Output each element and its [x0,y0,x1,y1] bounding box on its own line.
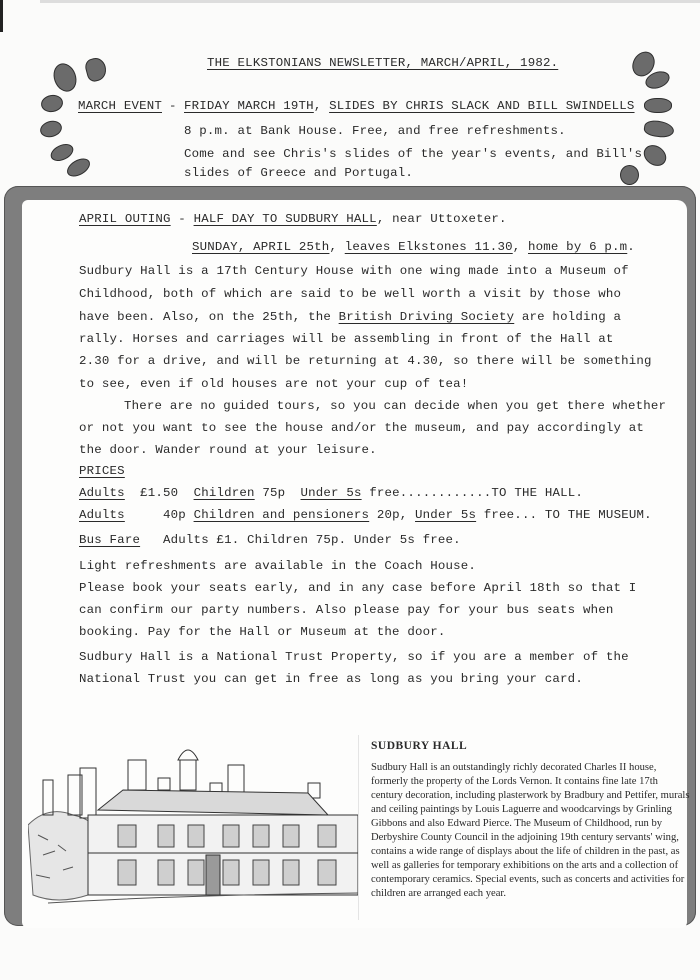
prices-heading: PRICES [79,464,125,478]
info-body: Sudbury Hall is an outstandingly richly … [371,761,691,901]
april-outing-title: HALF DAY TO SUDBURY HALL [194,212,377,226]
outing-departure: leaves Elkstones 11.30 [345,240,513,254]
paragraph-line: Light refreshments are available in the … [79,559,476,573]
scan-edge-mark [0,0,3,32]
march-event-label: MARCH EVENT [78,99,162,113]
paragraph-line: 2.30 for a drive, and will be returning … [79,354,652,368]
march-event-time: 8 p.m. at Bank House. Free, and free ref… [184,124,566,138]
blob-decoration [50,60,81,95]
blob-decoration [48,141,76,165]
march-event-title: SLIDES BY CHRIS SLACK AND BILL SWINDELLS [329,99,634,113]
info-title: SUDBURY HALL [371,740,691,752]
column-divider [358,735,359,920]
march-event-description-2: slides of Greece and Portugal. [184,166,413,180]
march-event-dash: - [169,99,177,113]
blob-decoration [64,155,93,180]
april-outing-schedule: SUNDAY, APRIL 25th, leaves Elkstones 11.… [192,240,635,254]
sudbury-hall-illustration [28,735,358,910]
outing-date: SUNDAY, APRIL 25th [192,240,329,254]
paragraph-line: Sudbury Hall is a National Trust Propert… [79,650,629,664]
paragraph-line: the door. Wander round at your leisure. [79,443,377,457]
sudbury-hall-info: SUDBURY HALL Sudbury Hall is an outstand… [371,740,691,901]
paragraph-line: booking. Pay for the Hall or Museum at t… [79,625,446,639]
blob-decoration [38,118,63,139]
scan-edge-shadow [40,0,700,3]
paragraph-line: Sudbury Hall is a 17th Century House wit… [79,264,629,278]
paragraph-line: National Trust you can get in free as lo… [79,672,583,686]
newsletter-title: THE ELKSTONIANS NEWSLETTER, MARCH/APRIL,… [207,56,558,70]
paragraph-line: to see, even if old houses are not your … [79,377,468,391]
blob-decoration [83,56,108,83]
april-outing-heading: APRIL OUTING - HALF DAY TO SUDBURY HALL,… [79,212,507,226]
british-driving-society: British Driving Society [339,310,515,324]
march-event-headline: FRIDAY MARCH 19TH, SLIDES BY CHRIS SLACK… [184,99,635,113]
paragraph-line: have been. Also, on the 25th, the Britis… [79,310,621,324]
blob-decoration [640,141,671,170]
paragraph-line: or not you want to see the house and/or … [79,421,644,435]
paragraph-line: rally. Horses and carriages will be asse… [79,332,614,346]
march-event-date: FRIDAY MARCH 19TH [184,99,314,113]
blob-decoration [644,98,672,113]
march-event-description: Come and see Chris's slides of the year'… [184,147,642,161]
paragraph-line: There are no guided tours, so you can de… [124,399,666,413]
paragraph-line: can confirm our party numbers. Also plea… [79,603,614,617]
museum-prices: Adults 40p Children and pensioners 20p, … [79,508,652,522]
bus-fare: Bus Fare Adults £1. Children 75p. Under … [79,533,461,547]
april-outing-label: APRIL OUTING [79,212,171,226]
blob-decoration [643,119,675,139]
blob-decoration [40,93,65,114]
blob-decoration [620,165,639,185]
hall-prices: Adults £1.50 Children 75p Under 5s free.… [79,486,583,500]
paragraph-line: Childhood, both of which are said to be … [79,287,621,301]
outing-return: home by 6 p.m [528,240,627,254]
paragraph-line: Please book your seats early, and in any… [79,581,636,595]
